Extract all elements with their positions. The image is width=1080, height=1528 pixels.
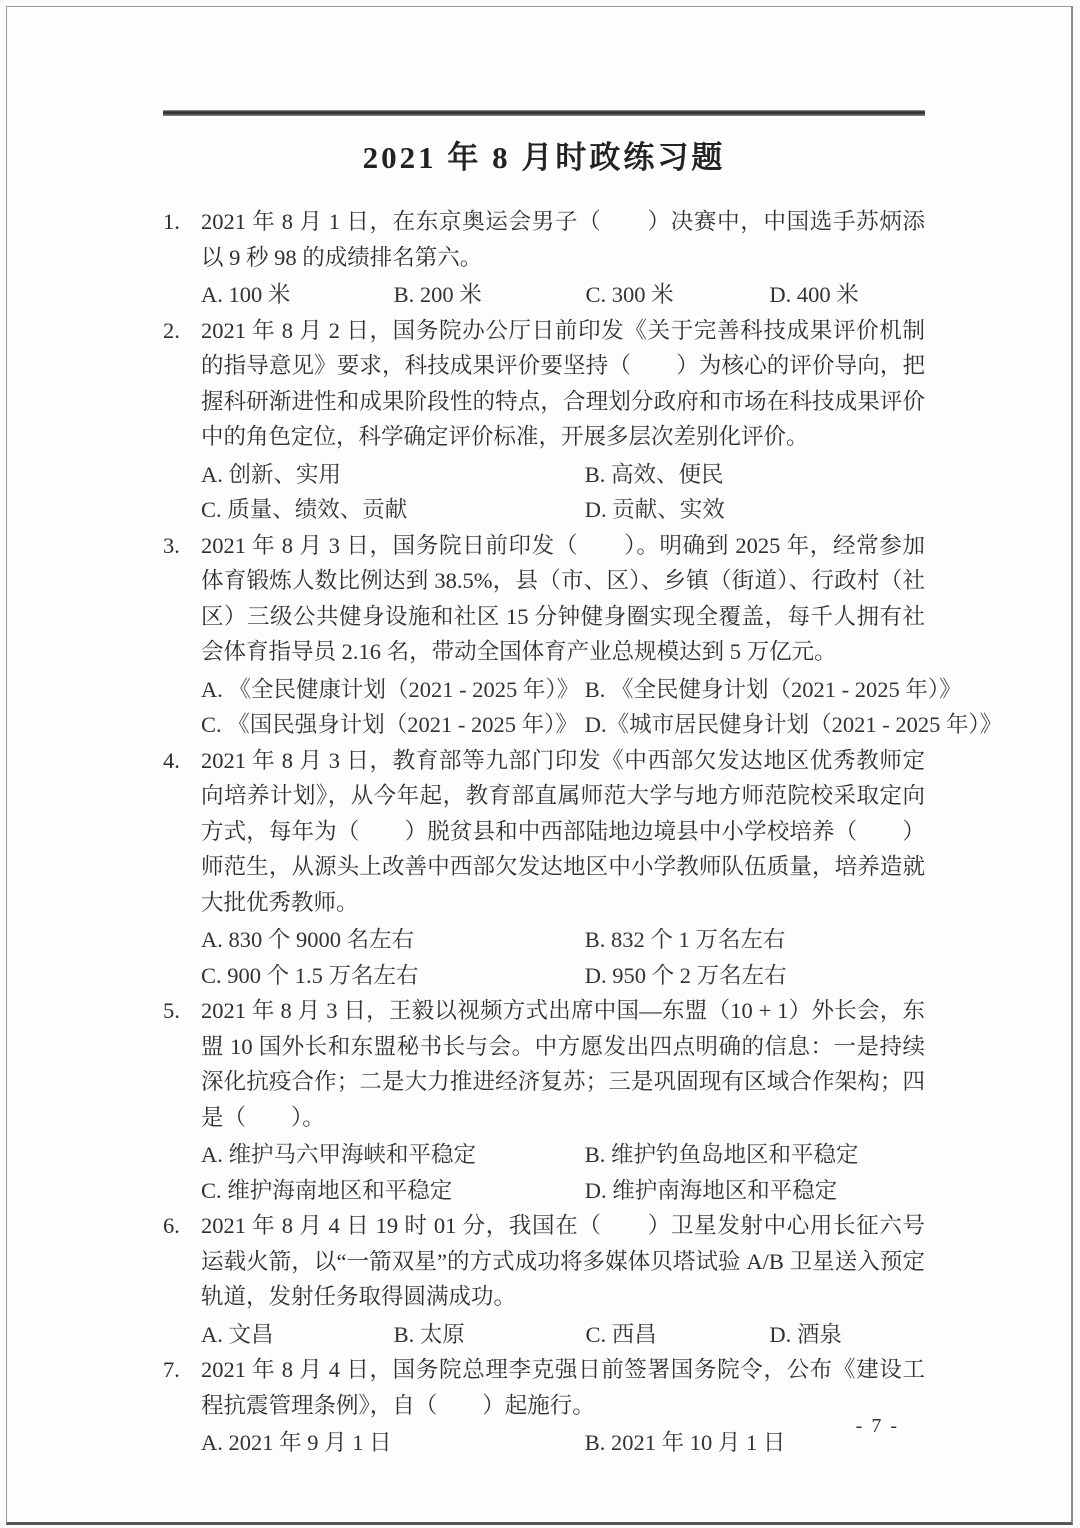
- option-item: A. 《全民健康计划（2021 - 2025 年）》: [201, 672, 585, 708]
- question-options: A. 文昌B. 太原C. 西昌D. 酒泉: [201, 1317, 925, 1353]
- question-options: A. 100 米B. 200 米C. 300 米D. 400 米: [201, 277, 925, 313]
- option-item: B. 832 个 1 万名左右: [585, 922, 925, 958]
- question-text: 2021 年 8 月 3 日，教育部等九部门印发《中西部欠发达地区优秀教师定向培…: [201, 743, 925, 921]
- option-item: B. 高效、便民: [585, 457, 925, 493]
- page-title: 2021 年 8 月时政练习题: [163, 138, 925, 178]
- option-item: C. 《国民强身计划（2021 - 2025 年）》: [201, 707, 585, 743]
- page-content: 2021 年 8 月时政练习题 1. 2021 年 8 月 1 日，在东京奥运会…: [163, 7, 925, 1461]
- option-item: B. 维护钓鱼岛地区和平稳定: [585, 1137, 925, 1173]
- question-text: 2021 年 8 月 4 日，国务院总理李克强日前签署国务院令，公布《建设工程抗…: [201, 1352, 925, 1423]
- question-number: 2.: [163, 313, 180, 349]
- question-text: 2021 年 8 月 3 日，王毅以视频方式出席中国—东盟（10 + 1）外长会…: [201, 993, 925, 1135]
- option-item: B. 《全民健身计划（2021 - 2025 年）》: [585, 672, 925, 708]
- page-number: - 7 -: [856, 1415, 899, 1438]
- option-item: C. 900 个 1.5 万名左右: [201, 958, 585, 994]
- option-item: A. 文昌: [201, 1317, 394, 1353]
- question-text: 2021 年 8 月 4 日 19 时 01 分，我国在（ ）卫星发射中心用长征…: [201, 1208, 925, 1315]
- question-item: 6. 2021 年 8 月 4 日 19 时 01 分，我国在（ ）卫星发射中心…: [163, 1208, 925, 1352]
- question-item: 5. 2021 年 8 月 3 日，王毅以视频方式出席中国—东盟（10 + 1）…: [163, 993, 925, 1208]
- option-item: D. 酒泉: [769, 1317, 925, 1353]
- question-number: 3.: [163, 528, 180, 564]
- option-item: A. 创新、实用: [201, 457, 585, 493]
- question-options: A. 830 个 9000 名左右B. 832 个 1 万名左右C. 900 个…: [201, 922, 925, 993]
- scanned-document: 2021 年 8 月时政练习题 1. 2021 年 8 月 1 日，在东京奥运会…: [0, 0, 1080, 1528]
- question-options: A. 2021 年 9 月 1 日B. 2021 年 10 月 1 日: [201, 1425, 925, 1461]
- question-number: 4.: [163, 743, 180, 779]
- question-options: A. 创新、实用B. 高效、便民C. 质量、绩效、贡献D. 贡献、实效: [201, 457, 925, 528]
- option-item: D. 400 米: [769, 277, 925, 313]
- question-text: 2021 年 8 月 2 日，国务院办公厅日前印发《关于完善科技成果评价机制的指…: [201, 313, 925, 455]
- question-item: 3. 2021 年 8 月 3 日，国务院日前印发（ ）。明确到 2025 年，…: [163, 528, 925, 743]
- option-item: C. 西昌: [585, 1317, 769, 1353]
- question-number: 5.: [163, 993, 180, 1029]
- question-text: 2021 年 8 月 3 日，国务院日前印发（ ）。明确到 2025 年，经常参…: [201, 528, 925, 670]
- question-number: 6.: [163, 1208, 180, 1244]
- option-item: D. 贡献、实效: [585, 492, 925, 528]
- question-number: 1.: [163, 204, 180, 240]
- question-number: 7.: [163, 1352, 180, 1388]
- question-item: 2. 2021 年 8 月 2 日，国务院办公厅日前印发《关于完善科技成果评价机…: [163, 313, 925, 528]
- question-text: 2021 年 8 月 1 日，在东京奥运会男子（ ）决赛中，中国选手苏炳添以 9…: [201, 204, 925, 275]
- question-item: 1. 2021 年 8 月 1 日，在东京奥运会男子（ ）决赛中，中国选手苏炳添…: [163, 204, 925, 313]
- question-item: 4. 2021 年 8 月 3 日，教育部等九部门印发《中西部欠发达地区优秀教师…: [163, 743, 925, 994]
- questions-list: 1. 2021 年 8 月 1 日，在东京奥运会男子（ ）决赛中，中国选手苏炳添…: [163, 204, 925, 1461]
- document-page: 2021 年 8 月时政练习题 1. 2021 年 8 月 1 日，在东京奥运会…: [6, 6, 1073, 1525]
- option-item: D.《城市居民健身计划（2021 - 2025 年）》: [585, 707, 925, 743]
- option-item: C. 300 米: [585, 277, 769, 313]
- option-item: A. 2021 年 9 月 1 日: [201, 1425, 585, 1461]
- option-item: D. 950 个 2 万名左右: [585, 958, 925, 994]
- option-item: B. 太原: [394, 1317, 586, 1353]
- header-rule: [163, 110, 925, 116]
- option-item: A. 830 个 9000 名左右: [201, 922, 585, 958]
- option-item: D. 维护南海地区和平稳定: [585, 1173, 925, 1209]
- option-item: A. 100 米: [201, 277, 394, 313]
- option-item: B. 200 米: [394, 277, 586, 313]
- option-item: C. 维护海南地区和平稳定: [201, 1173, 585, 1209]
- question-options: A. 《全民健康计划（2021 - 2025 年）》B. 《全民健身计划（202…: [201, 672, 925, 743]
- question-options: A. 维护马六甲海峡和平稳定B. 维护钓鱼岛地区和平稳定C. 维护海南地区和平稳…: [201, 1137, 925, 1208]
- option-item: A. 维护马六甲海峡和平稳定: [201, 1137, 585, 1173]
- option-item: C. 质量、绩效、贡献: [201, 492, 585, 528]
- question-item: 7. 2021 年 8 月 4 日，国务院总理李克强日前签署国务院令，公布《建设…: [163, 1352, 925, 1461]
